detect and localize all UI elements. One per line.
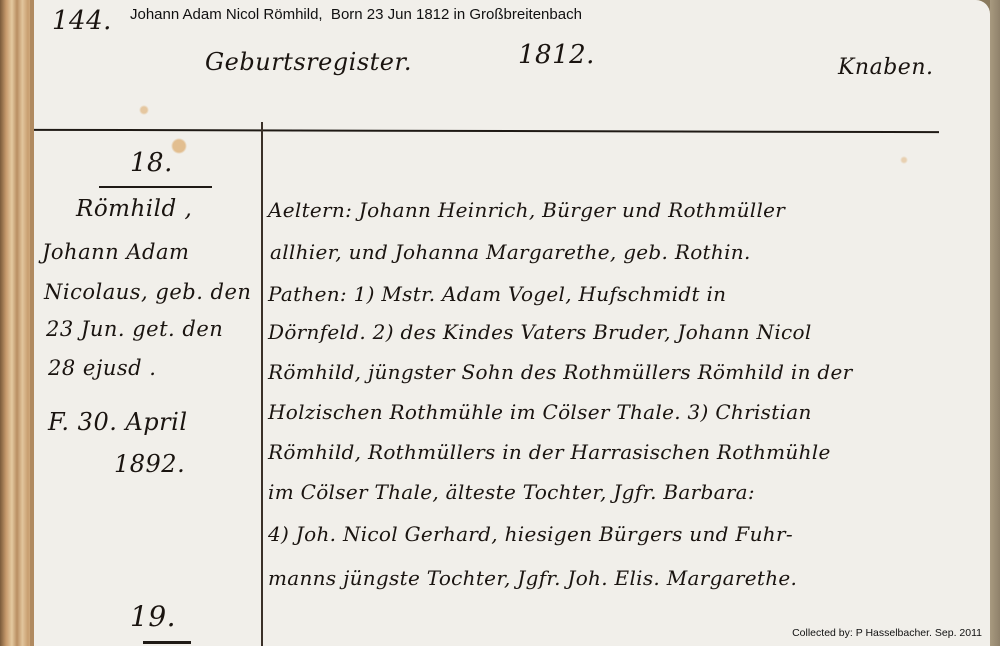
book-page-edges	[0, 0, 34, 646]
entry-text-line: 4) Joh. Nicol Gerhard, hiesigen Bürgers …	[268, 522, 793, 546]
entry-left-line: 28 ejusd .	[48, 356, 156, 380]
register-section: Knaben.	[838, 55, 934, 80]
entry-text-line: Dörnfeld. 2) des Kindes Vaters Bruder, J…	[268, 320, 812, 344]
entry-left-line: Johann Adam	[42, 240, 189, 264]
entry-number-underline	[99, 186, 212, 188]
entry-death-year: 1892.	[114, 450, 185, 478]
column-divider	[261, 122, 263, 646]
caption-credit: Collected by: P Hasselbacher. Sep. 2011	[792, 627, 982, 639]
caption-title: Johann Adam Nicol Römhild, Born 23 Jun 1…	[130, 6, 582, 23]
entry-text-line: manns jüngste Tochter, Jgfr. Joh. Elis. …	[268, 566, 797, 590]
entry-text-line: Aeltern: Johann Heinrich, Bürger und Rot…	[268, 198, 785, 222]
next-entry-underline	[143, 641, 191, 644]
entry-text-line: Römhild, jüngster Sohn des Rothmüllers R…	[268, 360, 853, 384]
entry-text-line: Holzischen Rothmühle im Cölser Thale. 3)…	[268, 400, 812, 424]
entry-number: 18.	[130, 148, 173, 178]
entry-text-line: im Cölser Thale, älteste Tochter, Jgfr. …	[268, 480, 755, 504]
entry-left-line: Nicolaus, geb. den	[44, 280, 251, 304]
register-year: 1812.	[518, 40, 595, 70]
entry-text-line: Pathen: 1) Mstr. Adam Vogel, Hufschmidt …	[268, 282, 726, 306]
entry-text-line: allhier, und Johanna Margarethe, geb. Ro…	[270, 240, 751, 264]
register-title: Geburtsregister.	[205, 48, 412, 76]
book-cover-edge	[990, 0, 1000, 646]
entry-text-line: Römhild, Rothmüllers in der Harrasischen…	[268, 440, 831, 464]
entry-surname: Römhild ,	[76, 196, 192, 222]
next-entry-number: 19.	[130, 600, 176, 633]
entry-death-date: F. 30. April	[48, 408, 188, 436]
entry-left-line: 23 Jun. get. den	[46, 317, 223, 341]
page-number: 144.	[52, 6, 112, 36]
